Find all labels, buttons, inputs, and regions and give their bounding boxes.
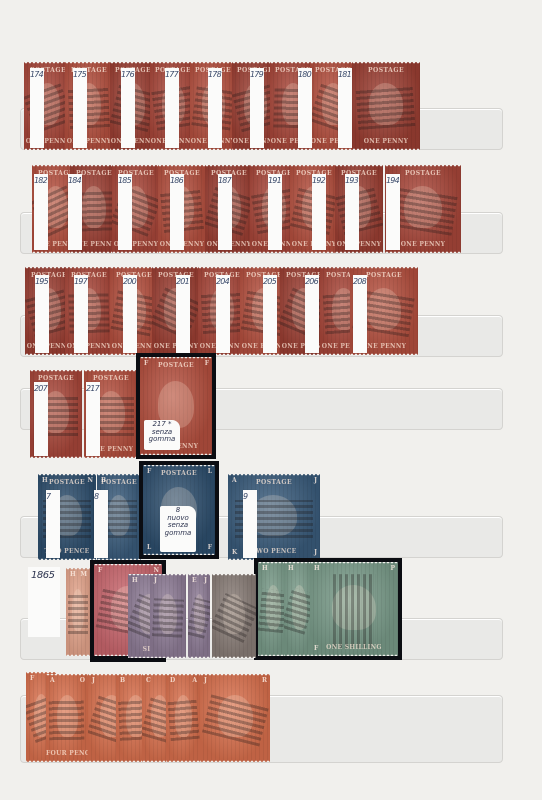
stamp: DA — [166, 674, 200, 762]
plate-number-label: 201 — [176, 275, 190, 353]
plate-number-label: 9 — [243, 490, 257, 558]
plate-number-label: 176 — [121, 68, 135, 148]
plate-number-label: 192 — [312, 174, 326, 250]
plate-number-label: 207 — [34, 382, 48, 456]
year-label: 1865 — [28, 567, 60, 637]
stamp: JR — [200, 674, 270, 762]
plate-number-label: 205 — [263, 275, 277, 353]
stamp: POSTAGEONE PENNY — [65, 267, 113, 355]
stamp: J — [150, 574, 186, 658]
stamp: EJ — [188, 574, 210, 658]
plate-number-label: 182 — [34, 174, 48, 250]
plate-number-label: 184 — [68, 174, 82, 250]
condition-note: 8nuovosenzagomma — [160, 506, 196, 552]
plate-number-label: 177 — [165, 68, 179, 148]
stamp: POSTAGETWO PENCEAJKJ — [228, 474, 320, 560]
stamp: HM — [66, 568, 90, 656]
plate-number-label: 178 — [208, 68, 222, 148]
plate-number-label: 174 — [30, 68, 44, 148]
plate-number-label: 204 — [216, 275, 230, 353]
stamp: POSTAGEONE PENNY — [335, 165, 383, 253]
plate-number-label: 217 — [86, 382, 100, 456]
stamp: FOUR PENCEAO — [46, 674, 88, 762]
plate-number-label: 179 — [250, 68, 264, 148]
plate-number-label: 191 — [268, 174, 282, 250]
condition-note: 217 *senzagomma — [144, 420, 180, 450]
plate-number-label: 195 — [35, 275, 49, 353]
stamp — [212, 574, 256, 658]
plate-number-label: 197 — [74, 275, 88, 353]
plate-number-label: 185 — [118, 174, 132, 250]
plate-number-label: 181 — [338, 68, 352, 148]
stamp: POSTAGEONE PENNY — [352, 62, 420, 150]
plate-number-label: 193 — [345, 174, 359, 250]
plate-number-label: 175 — [73, 68, 87, 148]
plate-number-label: 194 — [386, 174, 400, 250]
plate-number-label: 7 — [46, 490, 60, 558]
plate-number-label: 206 — [305, 275, 319, 353]
plate-number-label: 200 — [123, 275, 137, 353]
plate-number-label: 187 — [218, 174, 232, 250]
plate-number-label: 186 — [170, 174, 184, 250]
plate-number-label: 208 — [353, 275, 367, 353]
stamp: ONE SHILLINGHPF — [310, 562, 398, 656]
plate-number-label: 8 — [94, 490, 108, 558]
plate-number-label: 180 — [298, 68, 312, 148]
